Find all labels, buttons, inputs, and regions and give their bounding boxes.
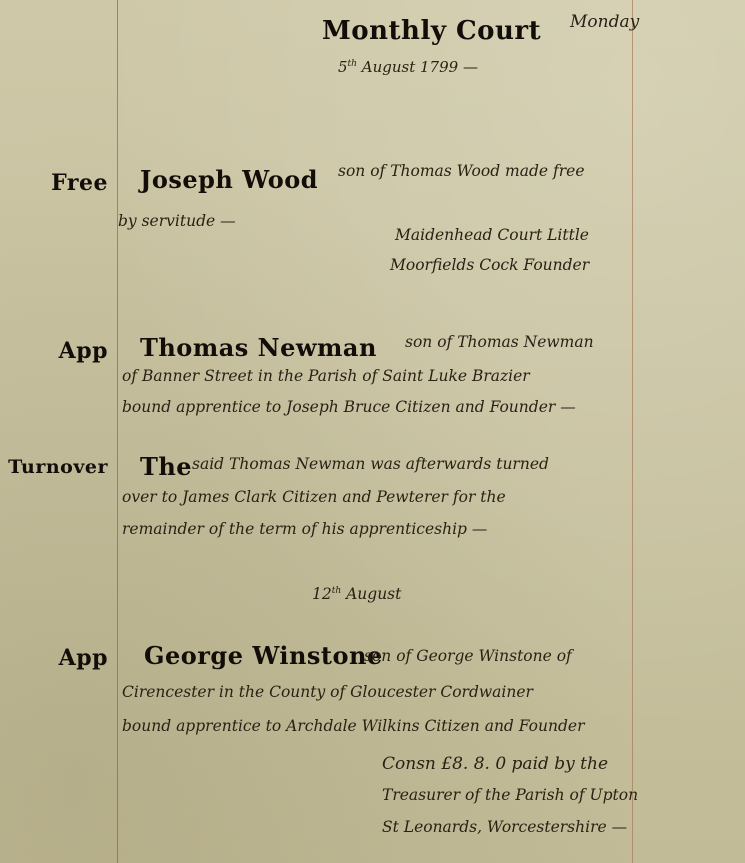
- date-suffix: th: [348, 59, 357, 69]
- entry-line: St Leonards, Worcestershire —: [382, 818, 627, 836]
- margin-label-turnover: Turnover: [8, 456, 108, 478]
- entry-line: Moorfields Cock Founder: [390, 256, 589, 274]
- margin-label-app: App: [8, 338, 108, 364]
- entry-line: Cirencester in the County of Gloucester …: [122, 683, 533, 701]
- entry-line: Maidenhead Court Little: [395, 226, 589, 244]
- right-margin-rule: [632, 0, 633, 863]
- entry-line: by servitude —: [118, 212, 236, 230]
- date-day: 5: [338, 58, 348, 76]
- entry-line: Consn £8. 8. 0 paid by the: [382, 754, 608, 774]
- entry-line: son of George Winstone of: [364, 647, 572, 665]
- subdate-suffix: th: [332, 586, 341, 596]
- left-margin-rule: [117, 0, 118, 863]
- entry-name-the: The: [140, 452, 192, 481]
- entry-name-thomas-newman: Thomas Newman: [140, 333, 377, 362]
- register-page: Monthly Court Monday 5th August 1799 — F…: [0, 0, 745, 863]
- margin-label-app: App: [8, 645, 108, 671]
- margin-label-free: Free: [8, 170, 108, 196]
- entry-line: son of Thomas Newman: [405, 333, 594, 351]
- entry-line: said Thomas Newman was afterwards turned: [192, 455, 549, 473]
- page-title: Monthly Court: [322, 16, 541, 46]
- sub-date: 12th August: [312, 585, 401, 603]
- subdate-rest: August: [346, 585, 401, 603]
- entry-name-george-winstone: George Winstone: [144, 641, 383, 670]
- date-rest: August 1799 —: [362, 58, 478, 76]
- entry-line: bound apprentice to Joseph Bruce Citizen…: [122, 398, 576, 416]
- entry-line: son of Thomas Wood made free: [338, 162, 585, 180]
- subdate-day: 12: [312, 585, 332, 603]
- entry-line: bound apprentice to Archdale Wilkins Cit…: [122, 717, 584, 735]
- title-day: Monday: [570, 12, 639, 32]
- title-date: 5th August 1799 —: [338, 58, 478, 76]
- entry-line: over to James Clark Citizen and Pewterer…: [122, 488, 506, 506]
- entry-line: Treasurer of the Parish of Upton: [382, 786, 638, 804]
- entry-name-joseph-wood: Joseph Wood: [140, 165, 318, 194]
- entry-line: remainder of the term of his apprentices…: [122, 520, 487, 538]
- entry-line: of Banner Street in the Parish of Saint …: [122, 367, 530, 385]
